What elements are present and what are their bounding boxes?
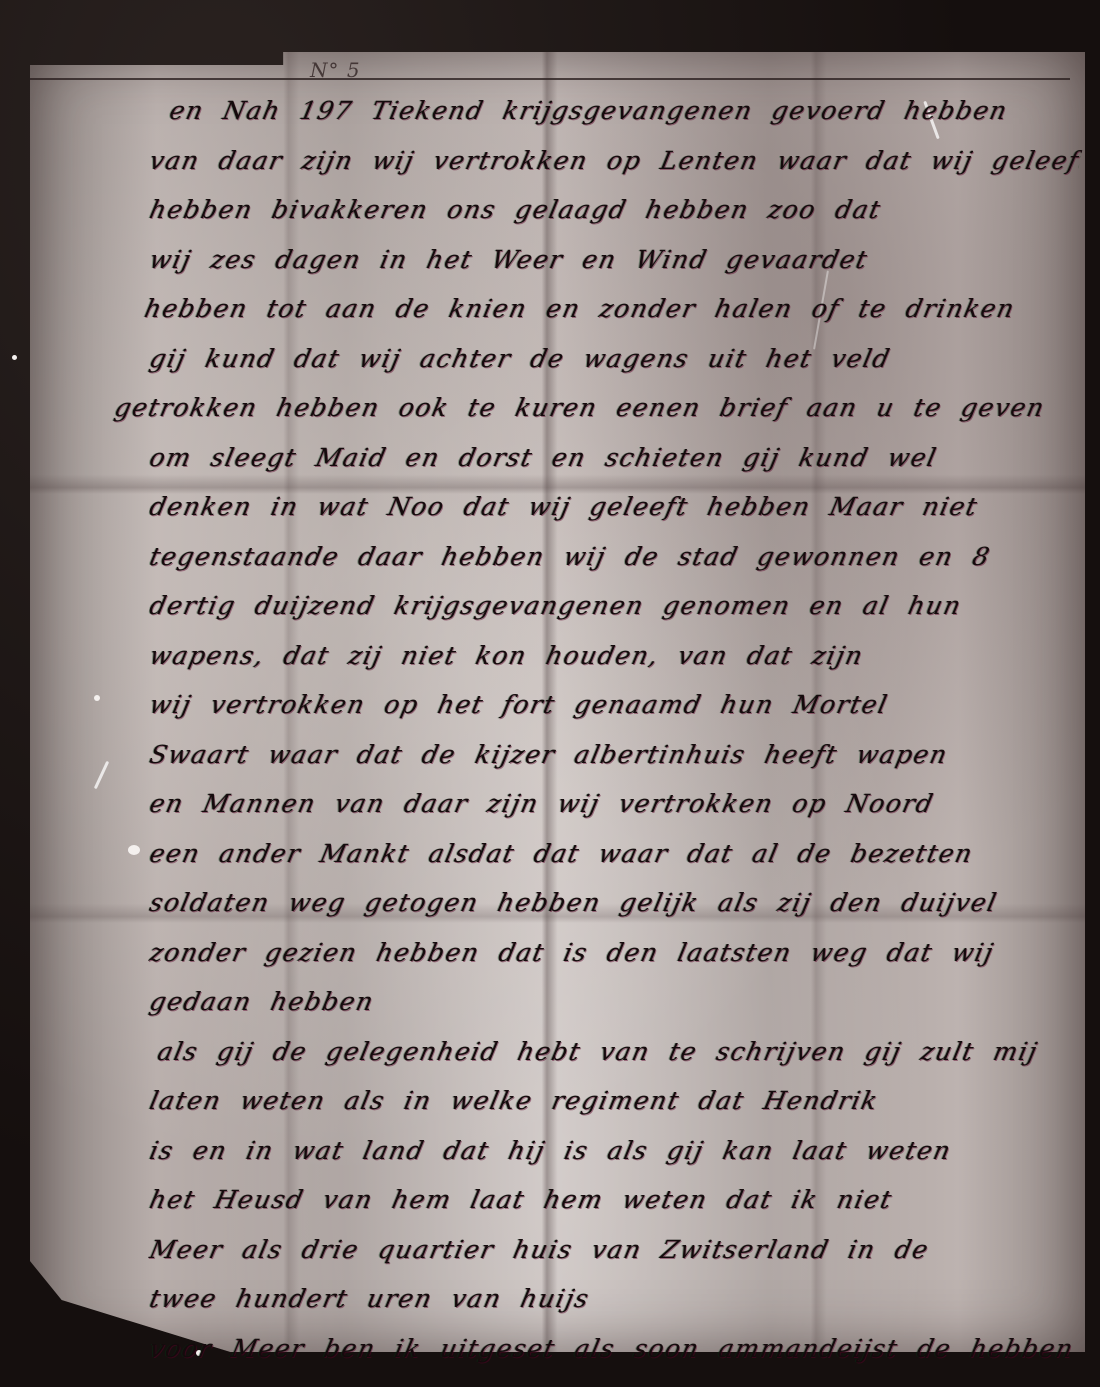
letter-line: hebben bivakkeren ons gelaagd hebben zoo… (145, 185, 1086, 235)
letter-line: soldaten weg getogen hebben gelijk als z… (145, 878, 1086, 928)
letter-line: wij vertrokken op het fort genaamd hun M… (145, 680, 1086, 730)
letter-line: tegenstaande daar hebben wij de stad gew… (145, 532, 1086, 582)
top-fold-line (30, 78, 1070, 80)
dust-speck (94, 695, 100, 701)
letter-line: twee hundert uren van huijs (145, 1274, 1086, 1324)
letter-line: zonder gezien hebben dat is den laatsten… (145, 928, 1086, 978)
letter-line: wij zes dagen in het Weer en Wind gevaar… (145, 235, 1086, 285)
letter-line: en Mannen van daar zijn wij vertrokken o… (145, 779, 1086, 829)
letter-line: het Heusd van hem laat hem weten dat ik … (145, 1175, 1086, 1225)
letter-line: wapens, dat zij niet kon houden, van dat… (145, 631, 1086, 681)
archive-mark: N° 5 (310, 58, 361, 82)
letter-line: en Nah 197 Tiekend krijgsgevangenen gevo… (165, 86, 1086, 136)
dust-speck (12, 355, 17, 360)
letter-line: is en in wat land dat hij is als gij kan… (145, 1126, 1086, 1176)
letter-line: gedaan hebben (145, 977, 1086, 1027)
letter-line: dertig duijzend krijgsgevangenen genomen… (145, 581, 1086, 631)
letter-line: gij kund dat wij achter de wagens uit he… (145, 334, 1086, 384)
letter-line: Swaart waar dat de kijzer albertinhuis h… (145, 730, 1086, 780)
letter-line: getrokken hebben ook te kuren eenen brie… (110, 383, 1086, 433)
dust-speck (128, 845, 140, 855)
letter-line: een ander Mankt alsdat dat waar dat al d… (145, 829, 1086, 879)
letter-line: laten weten als in welke regiment dat He… (145, 1076, 1086, 1126)
letter-line: denken in wat Noo dat wij geleeft hebben… (145, 482, 1086, 532)
letter-line: van daar zijn wij vertrokken op Lenten w… (145, 136, 1086, 186)
letter-line: voor Meer ben ik uitgeset als soon amman… (145, 1324, 1086, 1374)
letter-line: Meer als drie quartier huis van Zwitserl… (145, 1225, 1086, 1275)
letter-line: hebben tot aan de knien en zonder halen … (140, 284, 1086, 334)
letter-line: om sleegt Maid en dorst en schieten gij … (145, 433, 1086, 483)
letter-body: en Nah 197 Tiekend krijgsgevangenen gevo… (150, 86, 1080, 1373)
letter-line: als gij de gelegenheid hebt van te schri… (153, 1027, 1086, 1077)
